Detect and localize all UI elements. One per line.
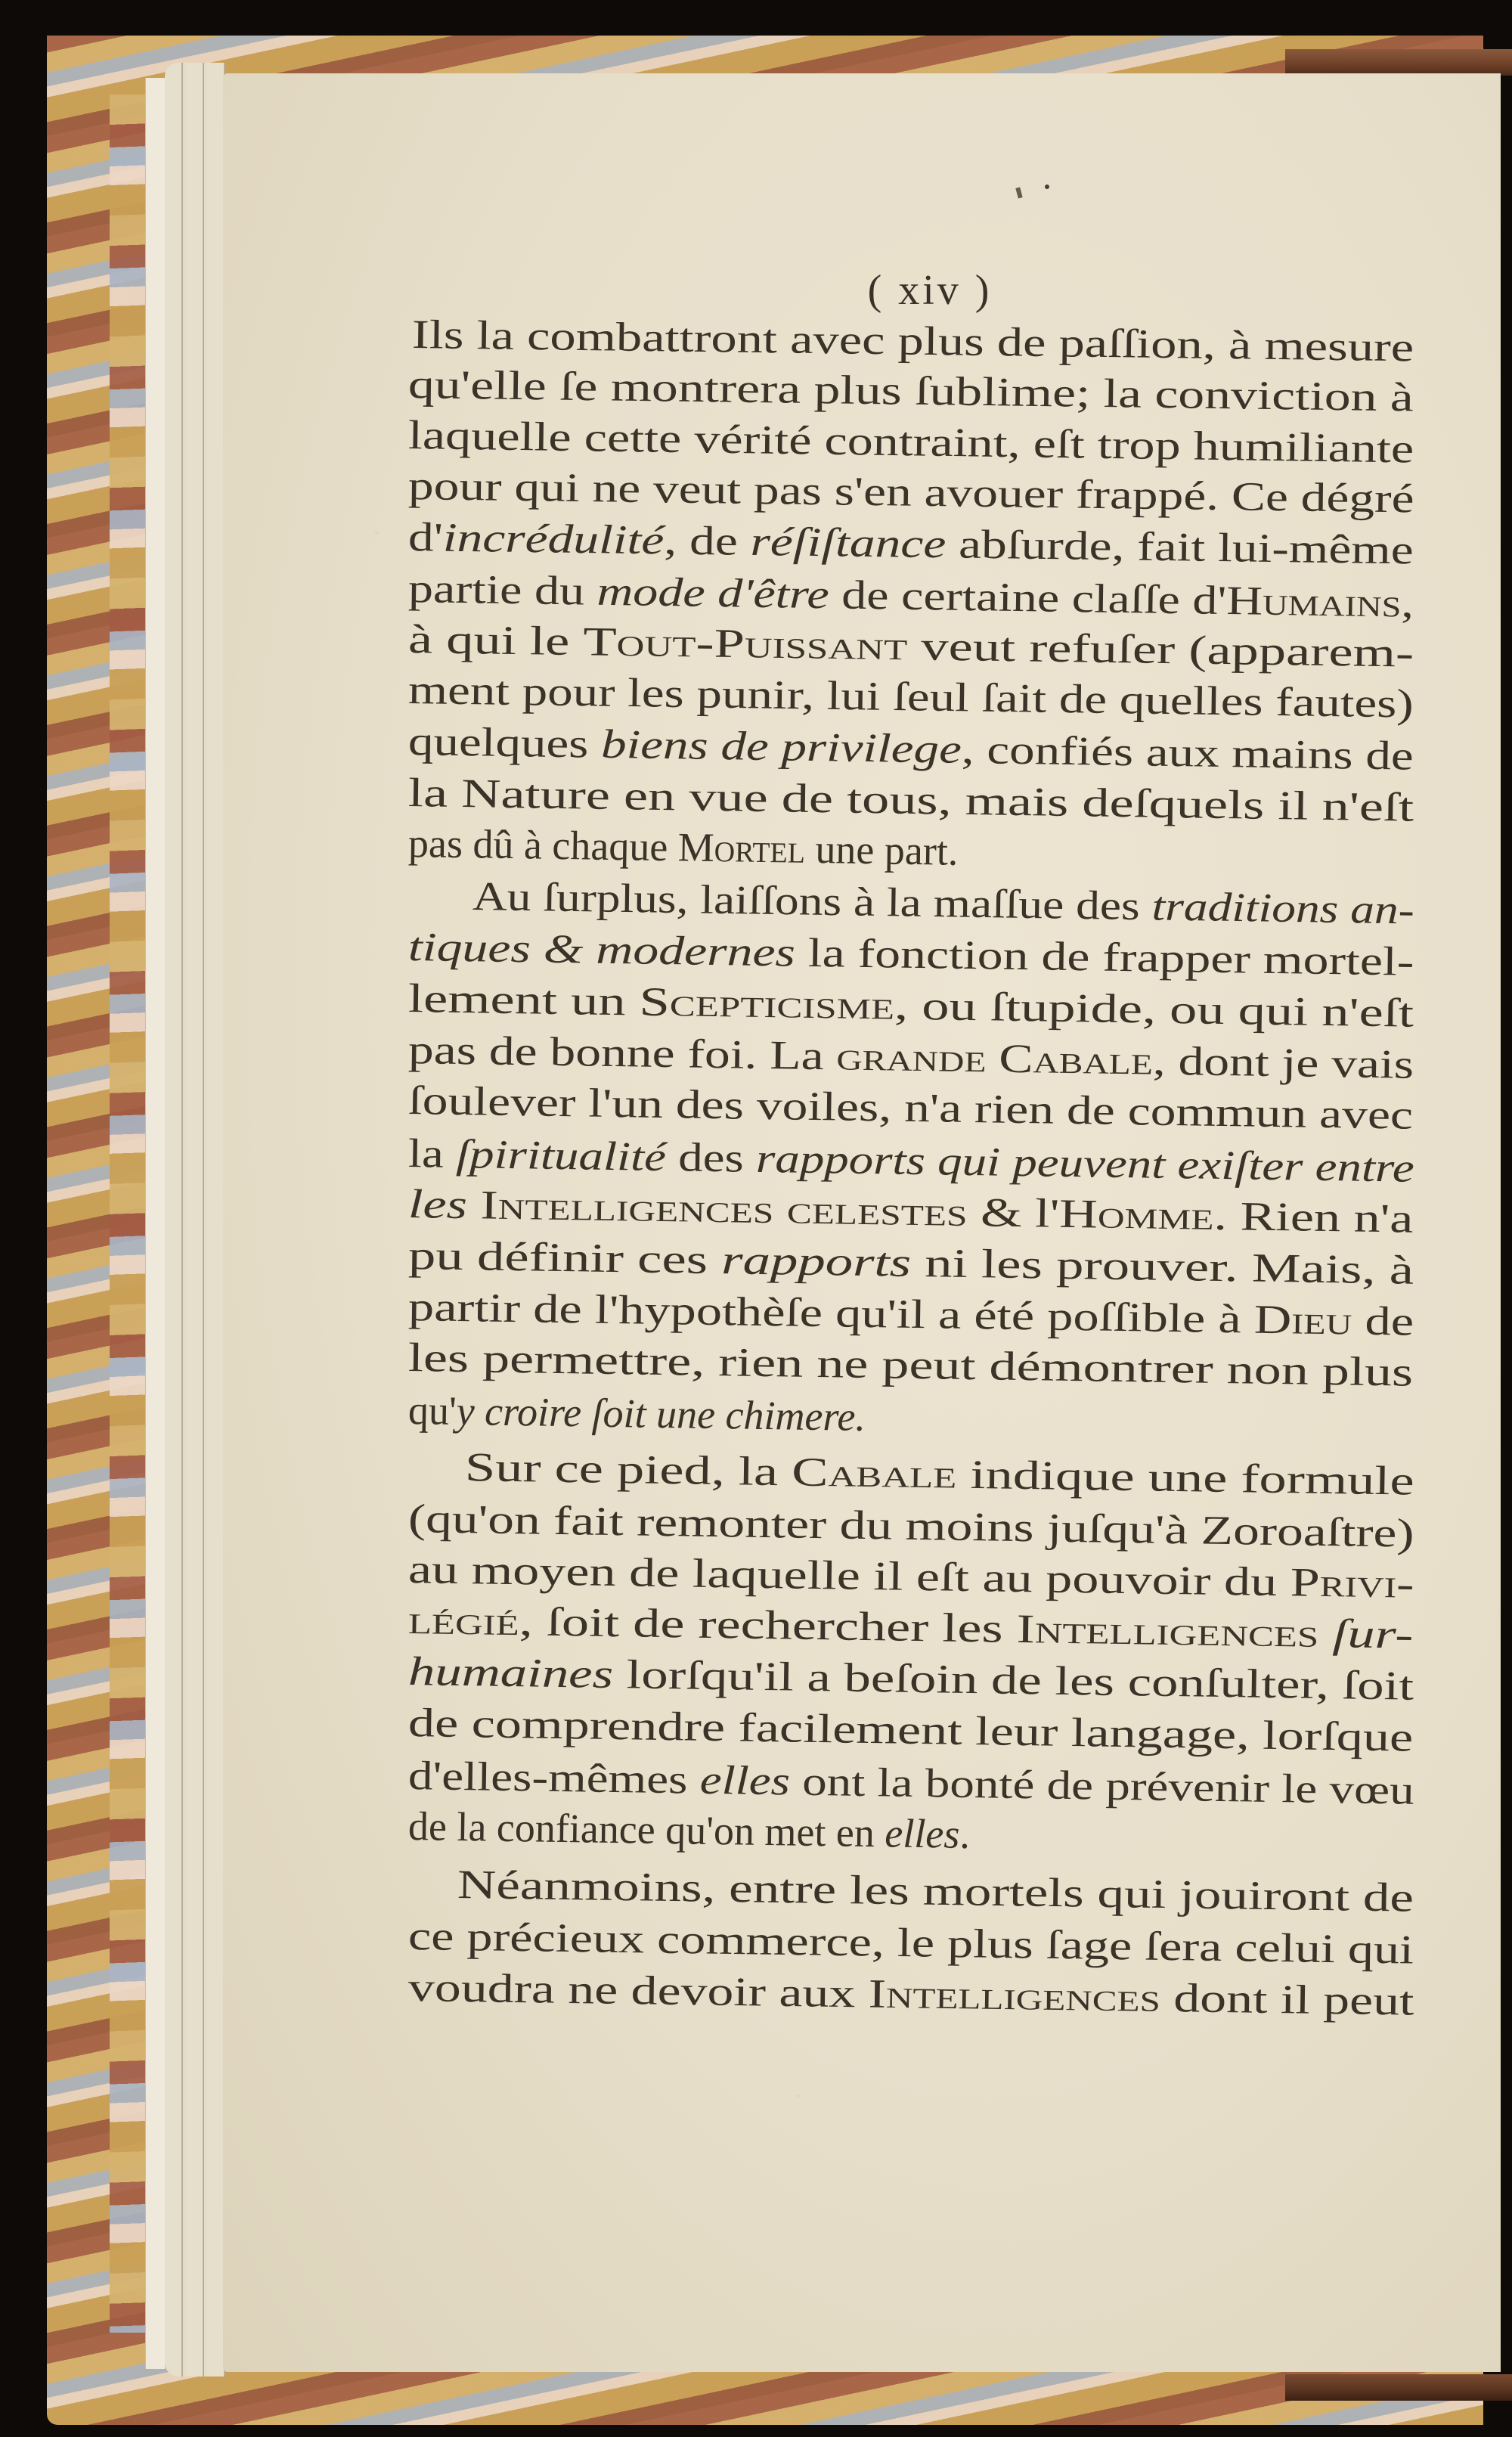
text-line: lement un Scepticisme, ou ſtupide, ou qu…: [408, 975, 1414, 1036]
text-line: qu'elle ſe montrera plus ſublime; la con…: [408, 361, 1414, 420]
text-line: la ſpiritualité des rapports qui peuvent…: [408, 1130, 1415, 1191]
text-line: au moyen de laquelle il eſt au pouvoir d…: [408, 1546, 1414, 1607]
text-line: de la confiance qu'on met en elles.: [408, 1803, 971, 1857]
text-line: ſoulever l'un des voiles, n'a rien de co…: [408, 1077, 1414, 1138]
text-line: tiques & modernes la fonction de frapper…: [408, 924, 1414, 984]
text-line: la Nature en vue de tous, mais deſquels …: [408, 770, 1414, 830]
text-line: voudra ne devoir aux Intelligences dont …: [408, 1964, 1414, 2024]
text-line: les Intelligences celestes & l'Homme. Ri…: [408, 1181, 1414, 1242]
body-text: Ils la combattront avec plus de paſſion,…: [0, 0, 1512, 2437]
text-line: pour qui ne veut pas s'en avouer frappé.…: [408, 463, 1414, 521]
text-line: les permettre, rien ne peut démontrer no…: [408, 1335, 1414, 1395]
text-line: (qu'on fait remonter du moins juſqu'à Zo…: [408, 1496, 1414, 1556]
text-line: de comprendre facilement leur langage, l…: [408, 1700, 1414, 1760]
text-line: humaines lorſqu'il a beſoin de les conſu…: [408, 1648, 1414, 1709]
text-line: Sur ce pied, la Cabale indique une formu…: [465, 1444, 1415, 1504]
text-line: à qui le Tout-Puissant veut refuſer (app…: [408, 616, 1414, 676]
text-line: Néanmoins, entre les mortels qui jouiron…: [457, 1862, 1414, 1921]
text-line: laquelle cette vérité contraint, eſt tro…: [408, 412, 1414, 472]
text-line: Ils la combattront avec plus de paſſion,…: [412, 312, 1414, 370]
text-line: partir de l'hypothèſe qu'il a été poſſib…: [408, 1284, 1414, 1344]
text-line: ce précieux commerce, le plus ſage ſera …: [408, 1913, 1414, 1973]
text-line: qu'y croire ſoit une chimere.: [408, 1387, 866, 1440]
text-line: pas dû à chaque Mortel une part.: [408, 820, 959, 874]
text-line: pu définir ces rapports ni les prouver. …: [408, 1232, 1414, 1293]
text-line: d'incrédulité, de réſiſtance abſurde, fa…: [408, 514, 1414, 572]
text-line: quelques biens de privilege, confiés aux…: [408, 718, 1414, 779]
text-line: partie du mode d'être de certaine claſſe…: [408, 566, 1414, 626]
text-line: pas de bonne foi. La grande Cabale, dont…: [408, 1027, 1414, 1087]
text-line: Au ſurplus, laiſſons à la maſſue des tra…: [472, 873, 1415, 932]
text-line: d'elles-mêmes elles ont la bonté de prév…: [408, 1753, 1415, 1813]
text-line: ment pour les punir, lui ſeul ſait de qu…: [408, 667, 1414, 727]
text-line: légié, ſoit de rechercher les Intelligen…: [408, 1597, 1414, 1657]
